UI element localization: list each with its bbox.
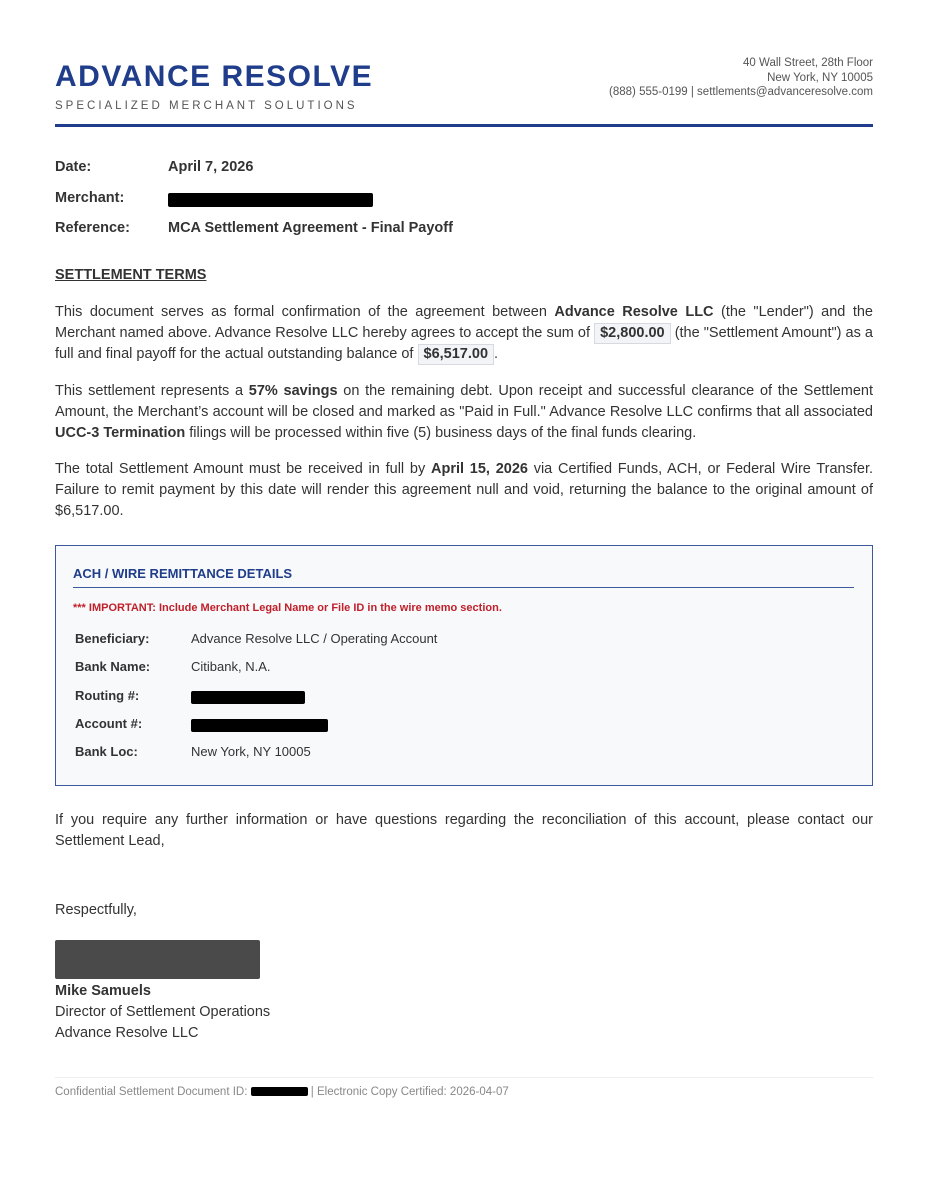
company-tagline: SPECIALIZED MERCHANT SOLUTIONS [55,99,358,113]
reference-value: MCA Settlement Agreement - Final Payoff [168,217,453,239]
closing-salutation: Respectfully, [55,900,137,921]
ucc-termination: UCC-3 Termination [55,425,185,441]
deadline-date: April 15, 2026 [431,461,528,477]
paragraph-deadline: The total Settlement Amount must be rece… [55,459,873,522]
remittance-title: ACH / WIRE REMITTANCE DETAILS [73,566,854,588]
meta-merchant: Merchant: [55,187,873,218]
reference-label: Reference: [55,217,130,239]
balance-amount: $6,517.00 [418,344,495,365]
signature-redaction [55,940,260,979]
routing-redaction [191,691,305,704]
remittance-important-note: *** IMPORTANT: Include Merchant Legal Na… [73,602,502,614]
remittance-box: ACH / WIRE REMITTANCE DETAILS *** IMPORT… [55,545,873,786]
merchant-label: Merchant: [55,187,124,209]
paragraph-agreement: This document serves as formal confirmat… [55,302,873,365]
paragraph-savings: This settlement represents a 57% savings… [55,381,873,444]
meta-date: Date: April 7, 2026 [55,156,873,187]
settlement-letter: ADVANCE RESOLVE SPECIALIZED MERCHANT SOL… [55,0,873,127]
settlement-amount: $2,800.00 [594,323,671,344]
account-redaction [191,719,328,732]
letter-meta: Date: April 7, 2026 Merchant: Reference:… [55,156,873,248]
address-line-1: 40 Wall Street, 28th Floor [609,56,873,71]
company-contact: 40 Wall Street, 28th Floor New York, NY … [609,56,873,100]
lender-name: Advance Resolve LLC [554,304,713,320]
section-title: SETTLEMENT TERMS [55,267,206,283]
address-line-2: New York, NY 10005 [609,71,873,86]
letterhead: ADVANCE RESOLVE SPECIALIZED MERCHANT SOL… [55,0,873,127]
signer-block: Mike Samuels Director of Settlement Oper… [55,981,270,1044]
company-logo-text: ADVANCE RESOLVE [55,59,373,95]
signer-title: Director of Settlement Operations [55,1002,270,1023]
merchant-redaction [168,193,373,207]
savings-percent: 57% savings [249,383,338,399]
date-label: Date: [55,156,91,178]
paragraph-contact: If you require any further information o… [55,810,873,852]
meta-reference: Reference: MCA Settlement Agreement - Fi… [55,217,873,248]
phone-email: (888) 555-0199 | settlements@advancereso… [609,85,873,100]
date-value: April 7, 2026 [168,156,253,178]
signer-company: Advance Resolve LLC [55,1023,270,1044]
document-id-redaction [251,1087,308,1096]
document-footer: Confidential Settlement Document ID: | E… [55,1077,873,1098]
signer-name: Mike Samuels [55,981,270,1002]
